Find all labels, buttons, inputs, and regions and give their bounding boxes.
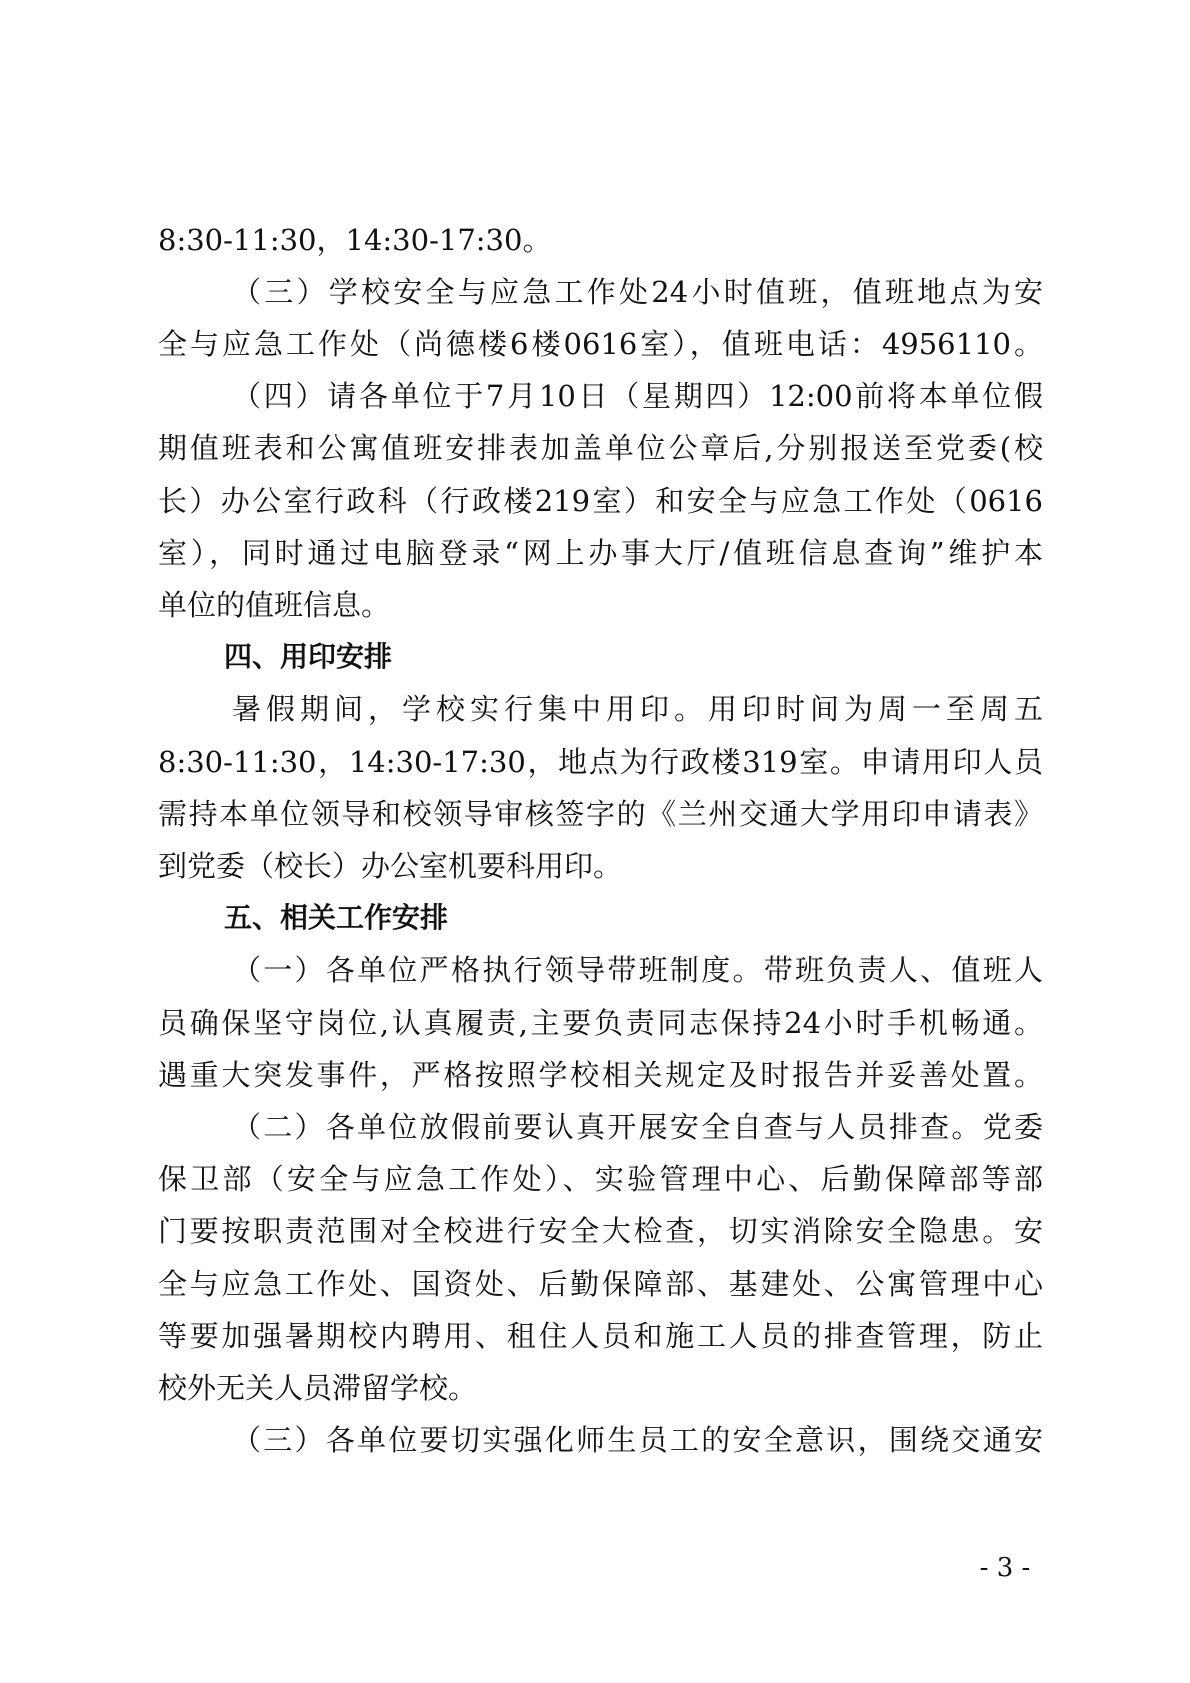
- text-line: 校外无关人员滞留学校。: [158, 1368, 1043, 1408]
- text-line: 到党委（校长）办公室机要科用印。: [158, 846, 1043, 886]
- section-heading-seal-arrangement: 四、用印安排: [224, 637, 392, 677]
- text-line: 遇重大突发事件，严格按照学校相关规定及时报告并妥善处置。: [158, 1055, 1043, 1095]
- paragraph-start-line: （三）各单位要切实强化师生员工的安全意识，围绕交通安: [232, 1420, 1043, 1460]
- paragraph-start-line: （一）各单位严格执行领导带班制度。带班负责人、值班人: [232, 950, 1043, 990]
- document-page: 8:30-11:30，14:30-17:30。 （三）学校安全与应急工作处24小…: [0, 0, 1190, 1683]
- page-number: - 3 -: [960, 1550, 1050, 1586]
- text-line: 室），同时通过电脑登录“网上办事大厅/值班信息查询”维护本: [158, 533, 1043, 573]
- text-line: 期值班表和公寓值班安排表加盖单位公章后,分别报送至党委(校: [158, 428, 1043, 468]
- text-line: 门要按职责范围对全校进行安全大检查，切实消除安全隐患。安: [158, 1211, 1043, 1251]
- text-line: 员确保坚守岗位,认真履责,主要负责同志保持24小时手机畅通。: [158, 1003, 1043, 1043]
- text-line: 等要加强暑期校内聘用、租住人员和施工人员的排查管理，防止: [158, 1316, 1043, 1356]
- text-line: 需持本单位领导和校领导审核签字的《兰州交通大学用印申请表》: [158, 794, 1043, 834]
- paragraph-start-line: 暑假期间，学校实行集中用印。用印时间为周一至周五: [232, 689, 1043, 729]
- paragraph-start-line: （二）各单位放假前要认真开展安全自查与人员排查。党委: [232, 1107, 1043, 1147]
- text-line: 全与应急工作处、国资处、后勤保障部、基建处、公寓管理中心: [158, 1264, 1043, 1304]
- text-line: 长）办公室行政科（行政楼219室）和安全与应急工作处（0616: [158, 481, 1043, 521]
- text-line: 保卫部（安全与应急工作处）、实验管理中心、后勤保障部等部: [158, 1159, 1043, 1199]
- text-line: 8:30-11:30，14:30-17:30。: [158, 220, 1043, 260]
- paragraph-start-line: （四）请各单位于7月10日（星期四）12:00前将本单位假: [232, 376, 1043, 416]
- text-line: 单位的值班信息。: [158, 585, 1043, 625]
- text-line: 全与应急工作处（尚德楼6楼0616室），值班电话：4956110。: [158, 324, 1043, 364]
- text-line: 8:30-11:30，14:30-17:30，地点为行政楼319室。申请用印人员: [158, 742, 1043, 782]
- section-heading-related-work: 五、相关工作安排: [224, 898, 448, 938]
- paragraph-start-line: （三）学校安全与应急工作处24小时值班，值班地点为安: [232, 272, 1043, 312]
